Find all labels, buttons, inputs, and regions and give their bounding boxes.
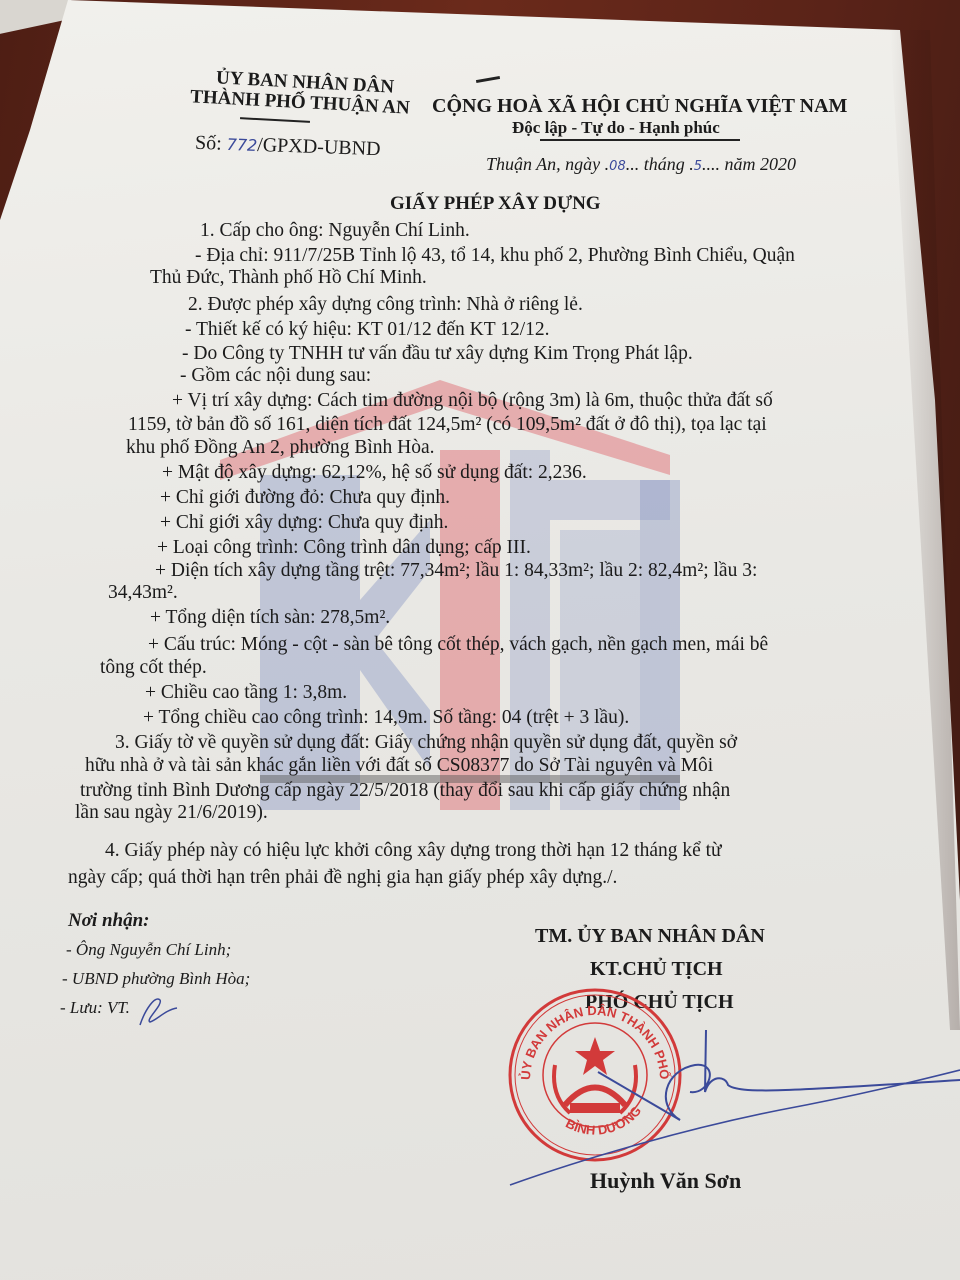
body-line-8: + Vị trí xây dựng: Cách tim đường nội bộ… <box>172 388 773 413</box>
nation-title: CỘNG HOÀ XÃ HỘI CHỦ NGHĨA VIỆT NAM <box>432 95 847 118</box>
number-handwritten: 772 <box>226 135 257 155</box>
body-line-10: khu phố Đồng An 2, phường Bình Hòa. <box>126 435 435 460</box>
recipient-item: - Ông Nguyễn Chí Linh; <box>66 940 231 960</box>
official-seal-icon: ỦY BAN NHÂN DÂN THÀNH PHỐ THUẬN AN BÌNH … <box>505 985 685 1165</box>
number-label: Số: <box>195 132 222 155</box>
date-day: 08 <box>609 159 626 174</box>
body-line-5: - Thiết kế có ký hiệu: KT 01/12 đến KT 1… <box>185 317 550 342</box>
body-line-7: - Gồm các nội dung sau: <box>180 363 371 388</box>
issue-date: Thuận An, ngày .08... tháng .5.... năm 2… <box>486 154 796 175</box>
body-line-4: 2. Được phép xây dựng công trình: Nhà ở … <box>188 292 583 317</box>
signer-org: TM. ỦY BAN NHÂN DÂN <box>535 925 765 948</box>
body-line-16: 34,43m². <box>108 580 178 605</box>
number-suffix: /GPXD-UBND <box>257 134 381 160</box>
body-line-21: + Tổng chiều cao công trình: 14,9m. Số t… <box>143 705 629 730</box>
body-line-12: + Chỉ giới đường đỏ: Chưa quy định. <box>160 485 450 510</box>
body-line-25: lần sau ngày 21/6/2019). <box>75 800 268 825</box>
document-title: GIẤY PHÉP XÂY DỰNG <box>390 193 601 215</box>
signer-name: Huỳnh Văn Sơn <box>590 1168 741 1194</box>
body-line-11: + Mật độ xây dựng: 62,12%, hệ số sử dụng… <box>162 460 587 485</box>
body-line-27: ngày cấp; quá thời hạn trên phải đề nghị… <box>68 865 617 890</box>
body-line-20: + Chiều cao tầng 1: 3,8m. <box>145 680 347 705</box>
body-line-13: + Chỉ giới xây dựng: Chưa quy định. <box>160 510 448 535</box>
date-month: 5 <box>694 159 702 174</box>
body-line-17: + Tổng diện tích sàn: 278,5m². <box>150 605 390 630</box>
body-line-22: 3. Giấy tờ về quyền sử dụng đất: Giấy ch… <box>115 730 737 755</box>
recipient-item: - Lưu: VT. <box>60 998 130 1018</box>
signer-role: KT.CHỦ TỊCH <box>590 958 723 981</box>
date-year: năm 2020 <box>725 154 797 174</box>
date-month-label: tháng <box>644 154 685 174</box>
body-line-9: 1159, tờ bản đồ số 161, diện tích đất 12… <box>128 412 767 437</box>
body-line-18: + Cấu trúc: Móng - cột - sàn bê tông cốt… <box>148 632 768 657</box>
body-line-19: tông cốt thép. <box>100 655 207 680</box>
body-line-1: 1. Cấp cho ông: Nguyễn Chí Linh. <box>200 218 470 243</box>
date-prefix: Thuận An, ngày <box>486 154 600 174</box>
body-line-26: 4. Giấy phép này có hiệu lực khởi công x… <box>105 838 722 863</box>
body-line-15: + Diện tích xây dựng tầng trệt: 77,34m²;… <box>155 558 757 583</box>
body-line-23: hữu nhà ở và tài sản khác gắn liền với đ… <box>85 753 713 778</box>
recipients-heading: Nơi nhận: <box>68 910 149 932</box>
body-line-14: + Loại công trình: Công trình dân dụng; … <box>157 535 531 560</box>
recipient-item: - UBND phường Bình Hòa; <box>62 969 250 989</box>
motto-underline <box>540 139 740 141</box>
body-line-3: Thủ Đức, Thành phố Hồ Chí Minh. <box>150 265 427 290</box>
nation-motto: Độc lập - Tự do - Hạnh phúc <box>512 118 720 138</box>
